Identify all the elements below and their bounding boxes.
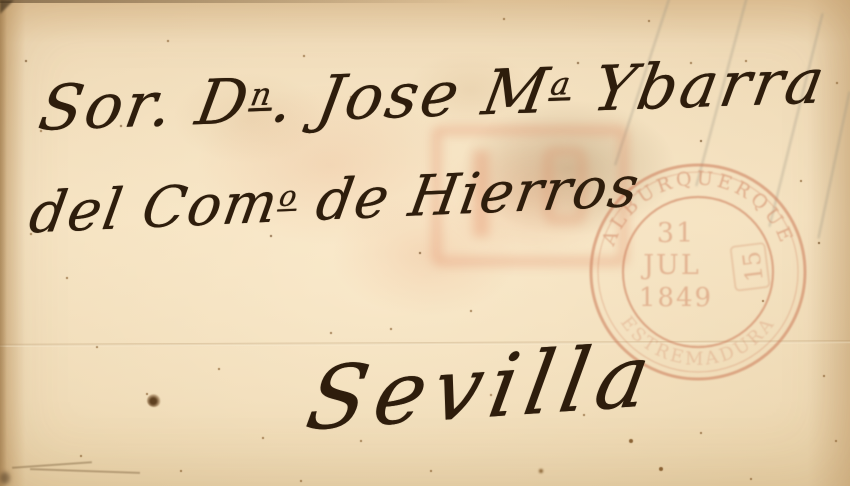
bottom-left-corner-mark	[0, 472, 10, 484]
rate-number: 15	[737, 250, 769, 284]
datestamp-year: 1849	[639, 283, 713, 313]
left-paper-edge	[0, 0, 7, 486]
rate-number-box	[730, 243, 769, 291]
top-left-corner-mark	[0, 0, 14, 14]
address-line2-text: del Com	[25, 170, 284, 246]
ink-fox-spot	[147, 394, 161, 407]
pencil-stroke	[817, 91, 850, 238]
datestamp-inner-ring	[623, 197, 773, 347]
datestamp-month: JUL	[640, 250, 701, 281]
address-line1-text: . Jose M	[266, 54, 556, 137]
datestamp-day: 31	[657, 218, 695, 249]
pencil-scratch	[30, 468, 140, 474]
letter-cover: ALBURQUERQUE ESTREMADURA 31 JUL 1849 15 …	[0, 0, 850, 486]
pencil-scratch	[12, 461, 92, 469]
address-line1-text: Ybarra	[565, 44, 832, 126]
address-line-1: Sor. Dn. Jose Ma Ybarra	[34, 44, 833, 145]
top-paper-edge	[0, 0, 476, 3]
address-line1-text: Sor. D	[34, 64, 257, 145]
